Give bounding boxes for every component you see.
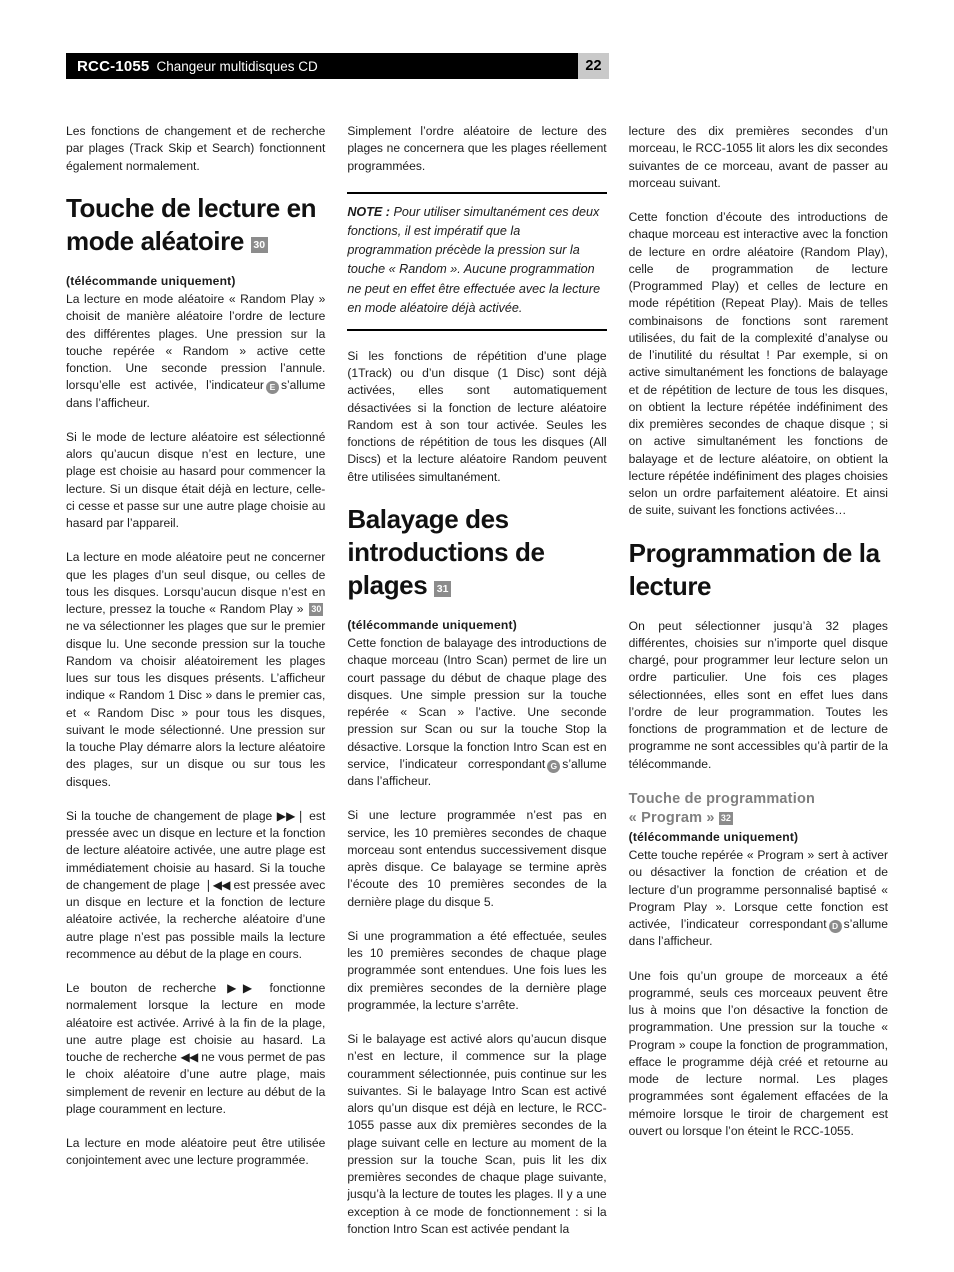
column-2: Simplement l’ordre aléatoire de lecture … — [347, 123, 606, 1255]
section-heading-programmation: Programmation de la lecture — [629, 537, 888, 603]
paragraph: Le bouton de recherche ▶▶ fonctionne nor… — [66, 980, 325, 1118]
paragraph: Si le mode de lecture aléatoire est séle… — [66, 429, 325, 533]
paragraph: lecture des dix premières secondes d’un … — [629, 123, 888, 192]
paragraph: On peut sélectionner jusqu’à 32 plages d… — [629, 618, 888, 773]
page-number: 22 — [578, 53, 609, 79]
paragraph: Si une programmation a été effectuée, se… — [347, 928, 606, 1014]
column-1: Les fonctions de changement et de recher… — [66, 123, 325, 1255]
paragraph: Si une lecture programmée n’est pas en s… — [347, 807, 606, 911]
paragraph: La lecture en mode aléatoire peut ne con… — [66, 549, 325, 791]
model-name: RCC-1055 — [77, 58, 149, 75]
section-heading-random-play: Touche de lecture en mode aléatoire 30 — [66, 192, 325, 258]
header-subtitle: Changeur multidisques CD — [156, 59, 317, 74]
remote-only-label: (télécommande uniquement) — [629, 829, 888, 846]
paragraph: La lecture en mode aléatoire « Random Pl… — [66, 291, 325, 412]
remote-only-label: (télécommande uniquement) — [66, 273, 325, 290]
text-columns: Les fonctions de changement et de recher… — [66, 123, 888, 1255]
paragraph: Si le balayage est activé alors qu’aucun… — [347, 1031, 606, 1238]
section-heading-intro-scan: Balayage des introductions de plages 31 — [347, 503, 606, 602]
paragraph: Cette fonction d’écoute des introduction… — [629, 209, 888, 520]
next-track-icon: ▶▶❘ — [277, 809, 305, 823]
paragraph: Une fois qu’un groupe de morceaux a été … — [629, 968, 888, 1141]
ref-badge-32: 32 — [719, 812, 733, 825]
paragraph: Cette touche repérée « Program » sert à … — [629, 847, 888, 951]
paragraph: Si les fonctions de répétition d’une pla… — [347, 348, 606, 486]
note-label: NOTE : — [347, 205, 390, 219]
indicator-e-badge: E — [266, 381, 279, 394]
paragraph: Les fonctions de changement et de recher… — [66, 123, 325, 175]
paragraph: La lecture en mode aléatoire peut être u… — [66, 1135, 325, 1170]
page-header: RCC-1055 Changeur multidisques CD 22 — [66, 53, 609, 79]
subsection-heading-program: Touche de programmation« Program » 32 — [629, 790, 888, 828]
fast-forward-icon: ▶▶ — [227, 981, 259, 995]
manual-page: RCC-1055 Changeur multidisques CD 22 Les… — [0, 0, 954, 1272]
column-3: lecture des dix premières secondes d’un … — [629, 123, 888, 1255]
indicator-d-badge: D — [829, 920, 842, 933]
header-title-bar: RCC-1055 Changeur multidisques CD — [66, 53, 578, 79]
rewind-icon: ◀◀ — [180, 1050, 197, 1064]
prev-track-icon: ❘◀◀ — [203, 878, 229, 892]
note-block: NOTE : Pour utiliser simultanément ces d… — [347, 192, 606, 331]
paragraph: Cette fonction de balayage des introduct… — [347, 635, 606, 790]
ref-badge-30: 30 — [251, 237, 268, 253]
ref-badge-30-inline: 30 — [309, 603, 323, 616]
ref-badge-31: 31 — [434, 581, 451, 597]
paragraph: Simplement l’ordre aléatoire de lecture … — [347, 123, 606, 175]
paragraph: Si la touche de changement de plage ▶▶❘ … — [66, 808, 325, 963]
indicator-g-badge: G — [547, 760, 560, 773]
remote-only-label: (télécommande uniquement) — [347, 617, 606, 634]
